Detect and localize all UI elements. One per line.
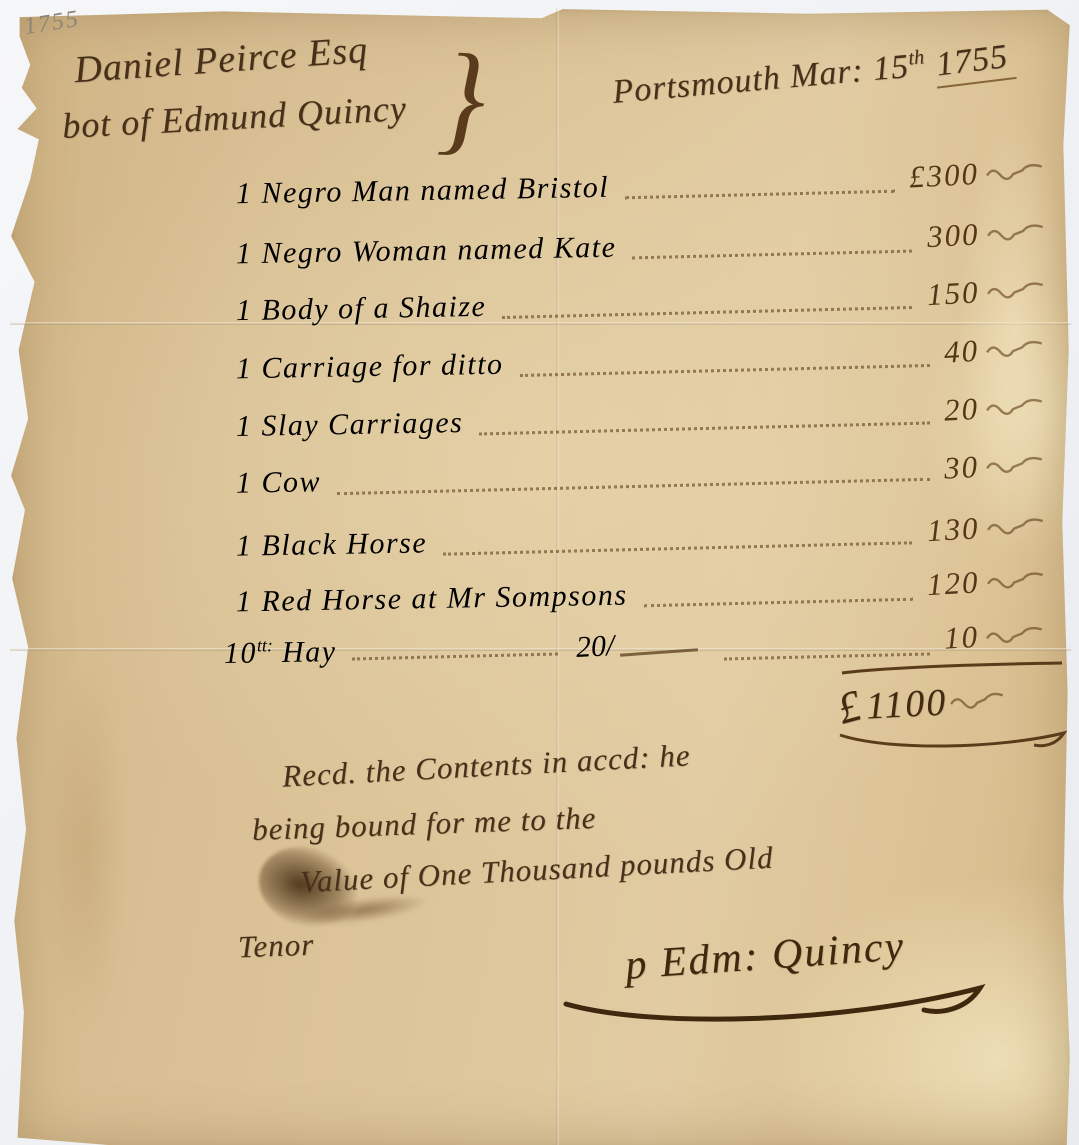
item-description: 1 Slay Carriages <box>236 406 464 444</box>
receipt-line-4: Tenor <box>237 927 314 966</box>
item-amount: 120 <box>926 564 980 603</box>
item-description: 1 Cow <box>236 465 322 500</box>
day-suffix: th <box>907 46 925 69</box>
item-description: 1 Carriage for ditto <box>236 348 504 387</box>
flourish <box>985 571 1046 590</box>
flourish <box>985 397 1046 416</box>
item-amount: £300 <box>908 156 980 196</box>
flourish <box>985 339 1046 358</box>
item-amount: 20 <box>943 391 980 429</box>
flourish <box>985 281 1046 300</box>
item-amount: 10 <box>943 619 980 657</box>
day-text: 15 <box>872 48 911 88</box>
item-row: 1 Negro Man named Bristol £300 <box>236 172 1045 208</box>
dotted-leader <box>479 421 930 435</box>
total-underline-flourish <box>838 727 1074 757</box>
item-row: 1 Negro Woman named Kate 300 <box>236 232 1045 268</box>
flourish <box>985 162 1046 181</box>
item-description: 1 Negro Woman named Kate <box>236 231 617 272</box>
flourish <box>949 691 1006 710</box>
item-description: 1 Negro Man named Bristol <box>236 171 610 212</box>
item-description: 1 Body of a Shaize <box>236 290 487 328</box>
signature-flourish <box>560 978 1000 1034</box>
item-description: Hay <box>282 635 337 669</box>
dotted-leader <box>352 652 558 660</box>
rate-dash <box>620 648 698 656</box>
year-text: 1755 <box>932 38 1017 89</box>
flourish <box>985 517 1046 536</box>
dotted-leader <box>520 364 930 377</box>
item-row: 1 Cow 30 <box>236 464 1045 500</box>
item-row: 1 Black Horse 130 <box>236 526 1045 562</box>
item-amount: 150 <box>926 274 980 313</box>
item-rate: 20/ <box>575 629 615 665</box>
scan-backdrop: 1755 Daniel Peirce Esq bot of Edmund Qui… <box>0 0 1079 1145</box>
item-row: 1 Slay Carriages 20 <box>236 406 1045 442</box>
dotted-leader <box>443 541 912 555</box>
flourish <box>985 625 1046 644</box>
total-block: £ 1100 <box>838 660 1070 757</box>
dotted-leader <box>502 306 912 319</box>
item-row: 1 Red Horse at Mr Sompsons 120 <box>236 580 1045 616</box>
item-unit: tt: <box>257 635 273 655</box>
item-description: 1 Black Horse <box>236 526 428 563</box>
item-amount: 30 <box>943 449 980 487</box>
item-amount: 130 <box>926 510 980 549</box>
header-brace: } <box>436 26 489 170</box>
item-description: 1 Red Horse at Mr Sompsons <box>236 579 628 620</box>
item-amount: 40 <box>943 333 980 371</box>
item-amount: 300 <box>926 216 980 255</box>
dotted-leader <box>644 598 913 608</box>
flourish <box>985 223 1046 242</box>
item-quantity: 10tt: Hay <box>224 634 337 671</box>
item-row: 1 Body of a Shaize 150 <box>236 290 1045 326</box>
item-row: 1 Carriage for ditto 40 <box>236 348 1045 384</box>
total-amount: 1100 <box>865 680 948 728</box>
dotted-leader <box>632 250 912 260</box>
flourish <box>985 455 1046 474</box>
dotted-leader <box>625 190 895 200</box>
dotted-leader <box>337 478 930 495</box>
